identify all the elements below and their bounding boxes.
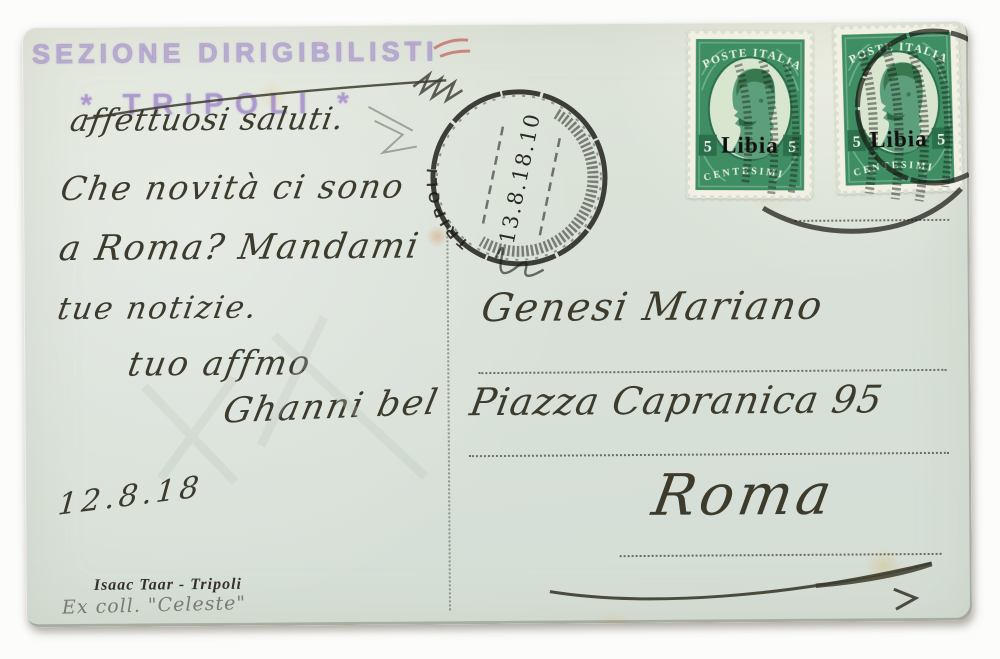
photo-of-postcard: { "postcard": { "handstamp": { "line1": … <box>0 0 1000 659</box>
pencil-scribble <box>413 74 462 100</box>
message-line-3: a Roma? Mandami <box>56 227 423 270</box>
stamp-value-left: 5 <box>704 139 712 156</box>
postcard: SEZIONE DIRIGIBILISTI * TRIPOLI * affett… <box>22 21 972 628</box>
address-dotted-line-2 <box>469 452 949 457</box>
postmark-datetime-text: 13.8.18.10 <box>495 110 545 246</box>
postage-stamp-libia-5c-left: POSTE ITALIANE 5 5 Libia CENTESIMI <box>686 30 814 199</box>
ink-squiggle <box>495 248 543 276</box>
address-dotted-line-3 <box>620 553 942 557</box>
address-dotted-line-top <box>794 219 949 222</box>
postmark-circle-main: TRIPOLI 13.8.18.10 <box>423 91 605 264</box>
collection-note: Ex coll. "Celeste" <box>62 592 247 618</box>
center-divider-dotted-line <box>446 225 451 610</box>
stamp-value-right: 5 <box>788 139 796 156</box>
violet-handstamp-line1: SEZIONE DIRIGIBILISTI <box>32 36 439 70</box>
postmark-rim-text-blur <box>481 113 594 251</box>
red-pencil-mark <box>434 40 470 57</box>
postage-stamp-libia-5c-right: POSTE ITALIANE 5 5 Libia CENTESIMI <box>832 22 964 194</box>
message-line-1: affettuosi saluti. <box>68 101 348 139</box>
message-line-4: tue notizie. <box>55 290 261 327</box>
stamp-value-right: 5 <box>937 132 946 149</box>
message-line-2: Che novità ci sono <box>58 167 408 208</box>
stamp-libia-overprint: Libia <box>721 133 779 159</box>
stamp-libia-overprint: Libia <box>870 126 928 154</box>
address-recipient: Genesi Mariano <box>478 284 827 331</box>
sender-signature: Ghanni bel <box>220 383 443 432</box>
pencil-check-mark <box>368 107 416 153</box>
address-dotted-line-1 <box>478 369 946 374</box>
message-date: 12.8.18 <box>57 469 205 522</box>
stamp-value-left: 5 <box>852 134 861 151</box>
address-street: Piazza Capranica 95 <box>467 377 886 424</box>
arrow-flourish <box>550 563 932 612</box>
message-closing: tuo affmo <box>125 343 315 384</box>
address-city: Roma <box>648 462 840 529</box>
